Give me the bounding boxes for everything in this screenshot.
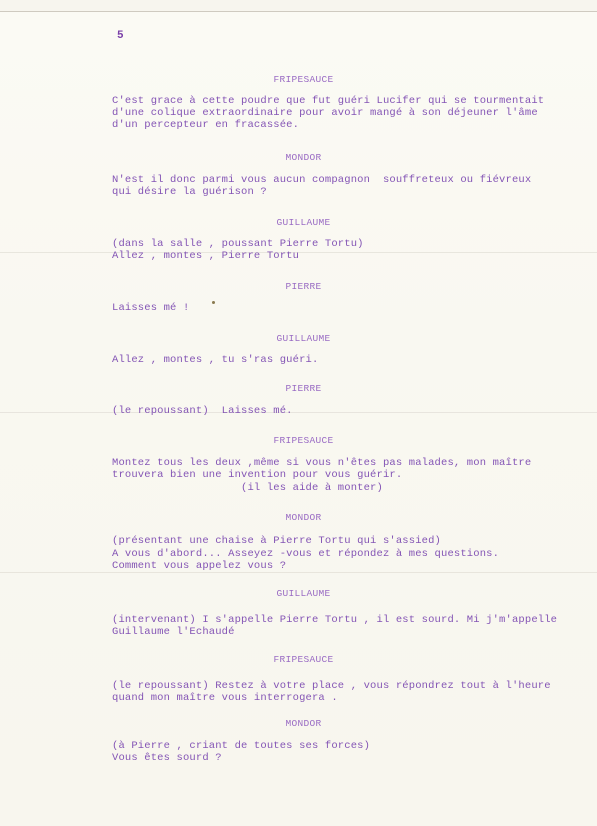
speaker-name: PIERRE [0, 281, 597, 292]
ink-spot [212, 301, 215, 304]
stage-direction: (présentant une chaise à Pierre Tortu qu… [112, 535, 441, 547]
page-number: 5 [117, 30, 124, 42]
speaker-name: MONDOR [0, 152, 597, 163]
dialogue-line: Allez , montes , tu s'ras guéri. [112, 354, 318, 366]
dialogue-line: N'est il donc parmi vous aucun compagnon… [112, 174, 531, 186]
dialogue-line: Guillaume l'Echaudé [112, 626, 235, 638]
dialogue-line: Laisses mé ! [112, 302, 189, 314]
dialogue-line: (le repoussant) Laisses mé. [112, 405, 293, 417]
speaker-name: PIERRE [0, 383, 597, 394]
stage-direction: (dans la salle , poussant Pierre Tortu) [112, 238, 364, 250]
dialogue-line: A vous d'abord... Asseyez -vous et répon… [112, 548, 499, 560]
speaker-name: MONDOR [0, 718, 597, 729]
stage-direction: (à Pierre , criant de toutes ses forces) [112, 740, 370, 752]
dialogue-line: trouvera bien une invention pour vous gu… [112, 469, 402, 481]
speaker-name: GUILLAUME [0, 333, 597, 344]
dialogue-line: (le repoussant) Restez à votre place , v… [112, 680, 551, 692]
dialogue-line: Montez tous les deux ,même si vous n'ête… [112, 457, 531, 469]
dialogue-line: Comment vous appelez vous ? [112, 560, 286, 572]
dialogue-line: d'une colique extraordinaire pour avoir … [112, 107, 538, 119]
dialogue-line: qui désire la guérison ? [112, 186, 267, 198]
speaker-name: MONDOR [0, 512, 597, 523]
speaker-name: FRIPESAUCE [0, 654, 597, 665]
dialogue-line: (intervenant) I s'appelle Pierre Tortu ,… [112, 614, 557, 626]
stage-direction: (il les aide à monter) [112, 482, 383, 494]
dialogue-line: Vous êtes sourd ? [112, 752, 222, 764]
dialogue-line: Allez , montes , Pierre Tortu [112, 250, 299, 262]
speaker-name: FRIPESAUCE [0, 435, 597, 446]
speaker-name: GUILLAUME [0, 217, 597, 228]
dialogue-line: d'un percepteur en fracassée. [112, 119, 299, 131]
speaker-name: GUILLAUME [0, 588, 597, 599]
speaker-name: FRIPESAUCE [0, 74, 597, 85]
dialogue-line: quand mon maître vous interrogera . [112, 692, 338, 704]
dialogue-line: C'est grace à cette poudre que fut guéri… [112, 95, 544, 107]
